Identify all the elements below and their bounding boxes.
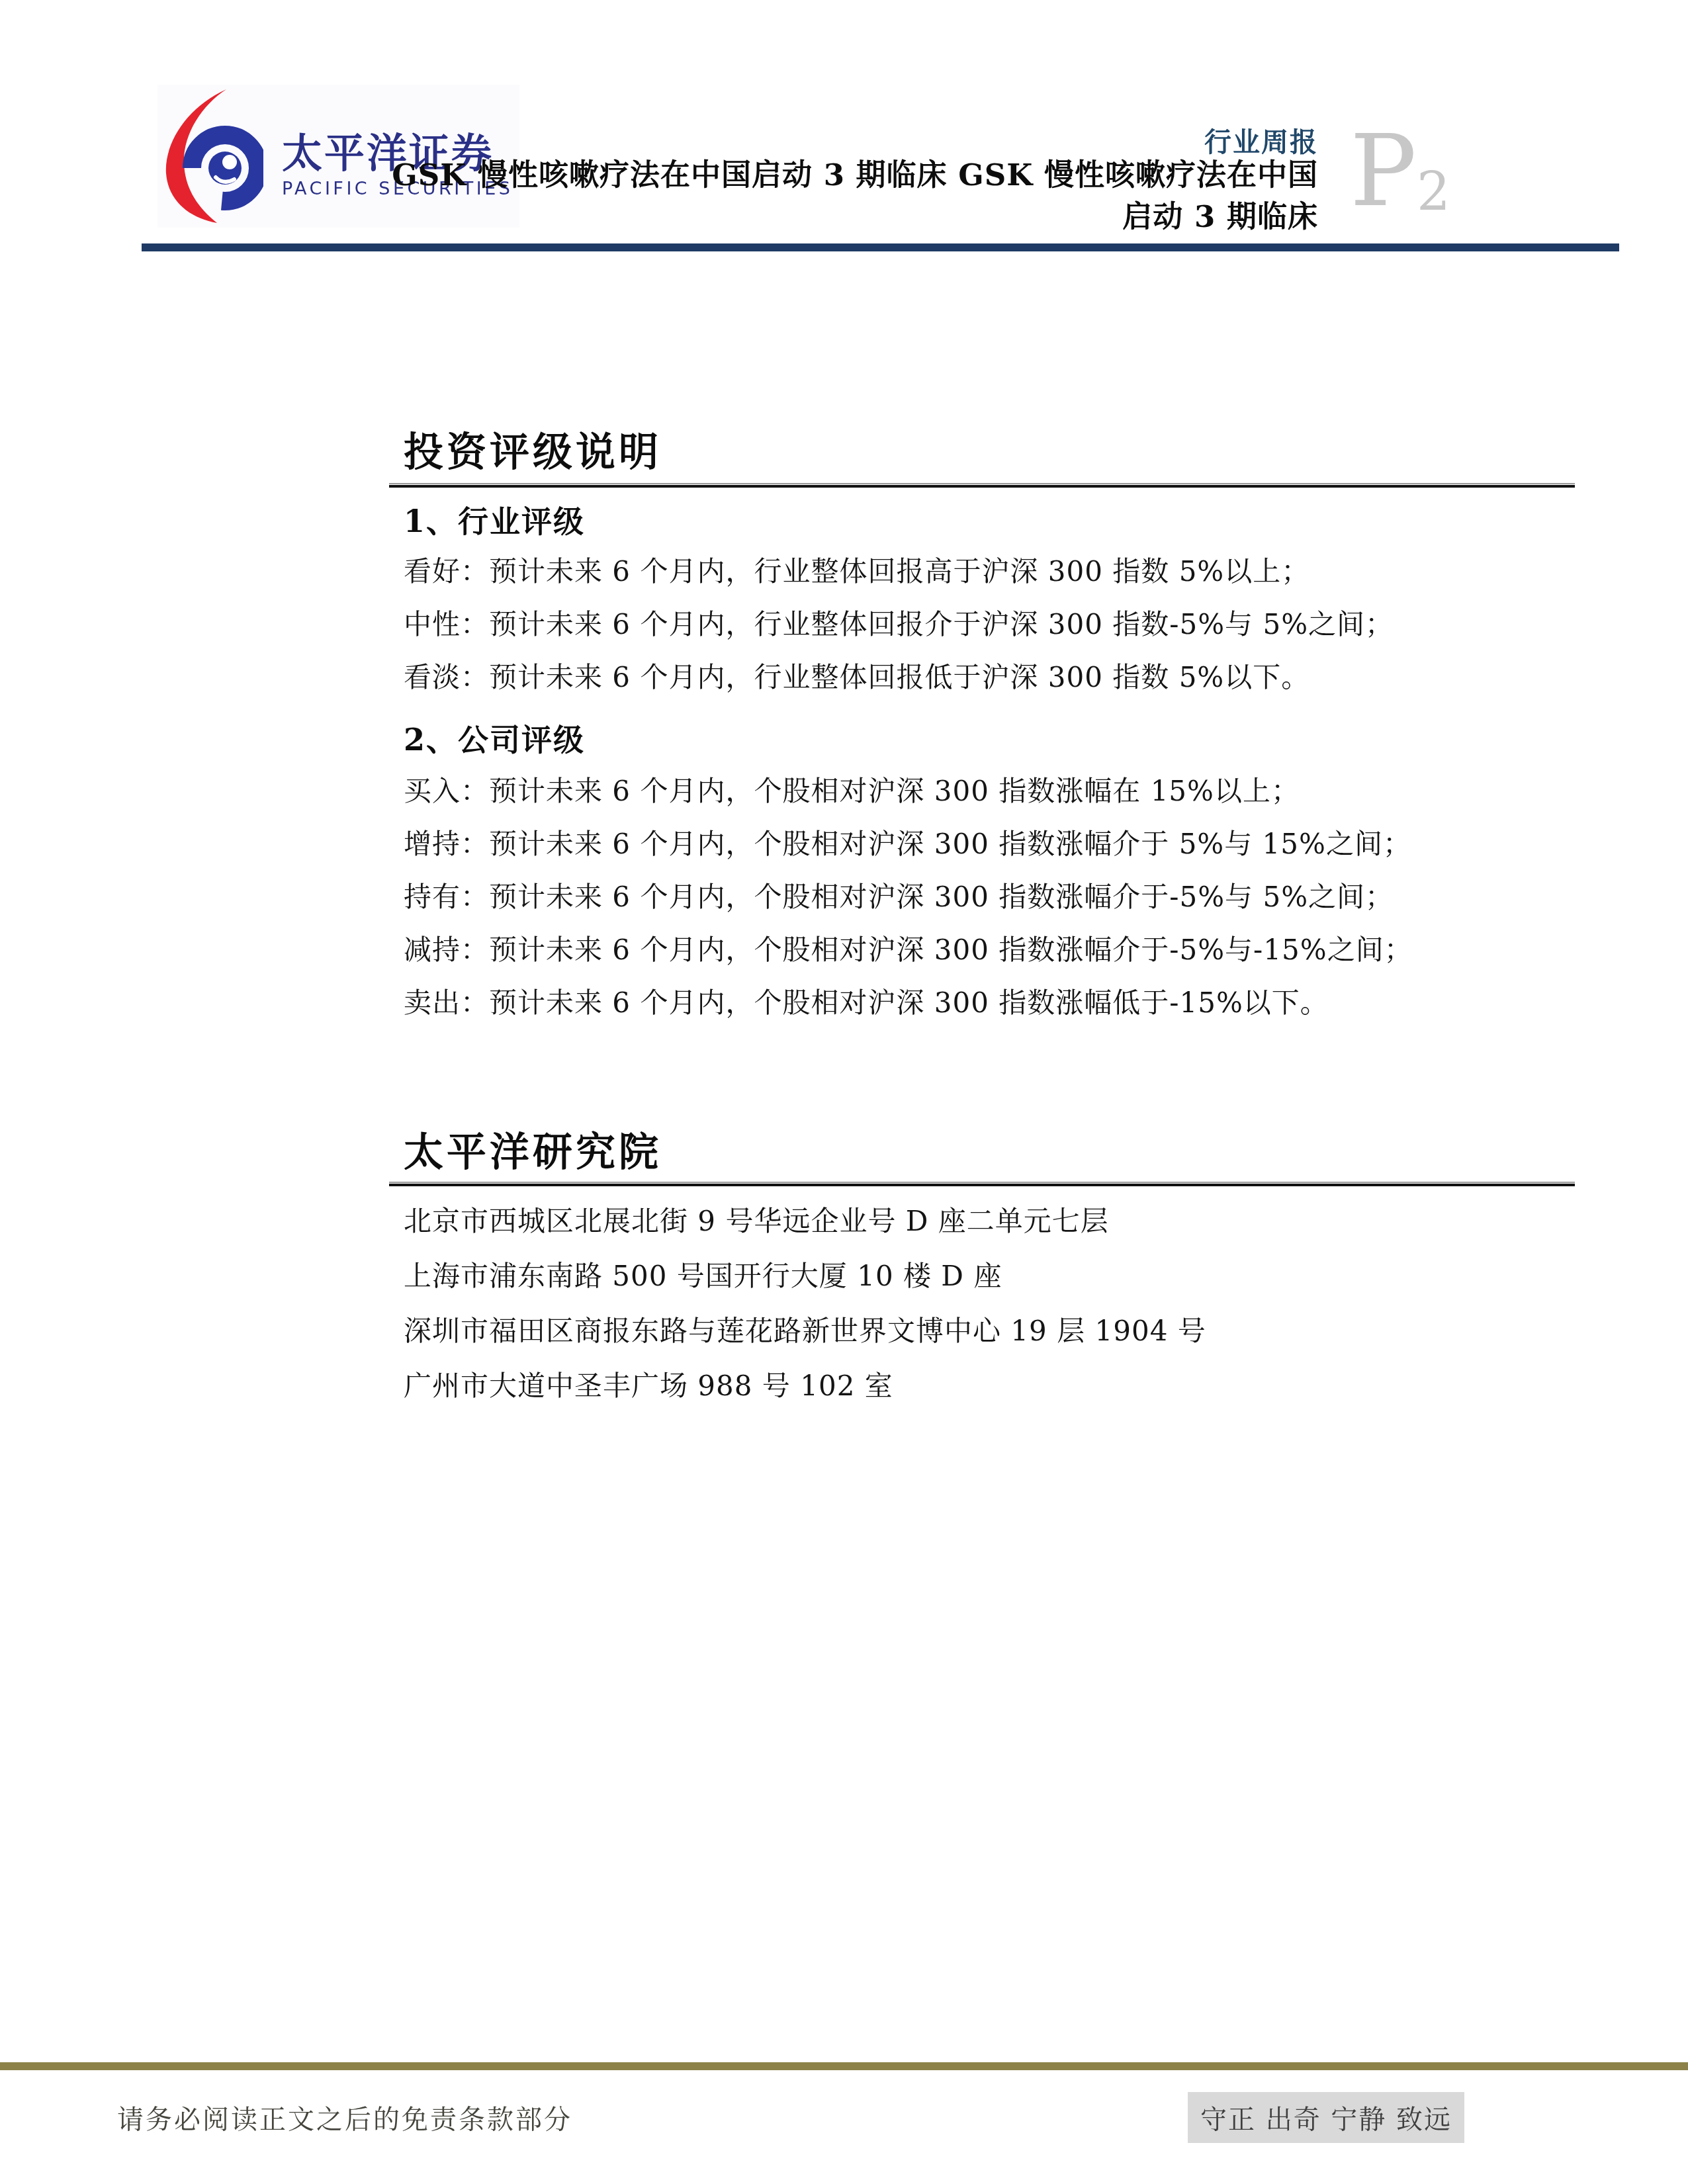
report-title: GSK 慢性咳嗽疗法在中国启动 3 期临床 GSK 慢性咳嗽疗法在中国 启动 3… xyxy=(326,154,1318,238)
industry-rating-line: 看好：预计未来 6 个月内，行业整体回报高于沪深 300 指数 5%以上； xyxy=(404,556,1394,587)
report-page: 太平洋证券 PACIFIC SECURITIES 行业周报 GSK 慢性咳嗽疗法… xyxy=(0,0,1688,2184)
report-title-line2: 启动 3 期临床 xyxy=(326,196,1318,238)
page-number-prefix: P xyxy=(1350,130,1417,213)
company-rating-heading: 2、公司评级 xyxy=(404,716,585,760)
industry-rating-lines: 看好：预计未来 6 个月内，行业整体回报高于沪深 300 指数 5%以上； 中性… xyxy=(404,556,1394,715)
industry-rating-line: 中性：预计未来 6 个月内，行业整体回报介于沪深 300 指数-5%与 5%之间… xyxy=(404,609,1394,640)
institute-section-rule xyxy=(389,1182,1575,1186)
institute-addresses: 北京市西城区北展北街 9 号华远企业号 D 座二单元七层 上海市浦东南路 500… xyxy=(404,1205,1206,1425)
institute-section-title: 太平洋研究院 xyxy=(404,1121,662,1178)
rating-section-title: 投资评级说明 xyxy=(404,421,662,478)
footer-motto: 守正 出奇 宁静 致远 xyxy=(1188,2092,1464,2143)
report-title-line1: GSK 慢性咳嗽疗法在中国启动 3 期临床 GSK 慢性咳嗽疗法在中国 xyxy=(326,154,1318,196)
company-rating-line: 增持：预计未来 6 个月内，个股相对沪深 300 指数涨幅介于 5%与 15%之… xyxy=(404,828,1413,859)
rating-section-rule xyxy=(389,483,1575,488)
company-rating-line: 减持：预计未来 6 个月内，个股相对沪深 300 指数涨幅介于-5%与-15%之… xyxy=(404,934,1413,965)
footer-disclaimer: 请务必阅读正文之后的免责条款部分 xyxy=(117,2099,572,2136)
header-divider-rule xyxy=(142,243,1619,251)
institute-address: 北京市西城区北展北街 9 号华远企业号 D 座二单元七层 xyxy=(404,1205,1206,1237)
footer-divider-rule xyxy=(0,2062,1688,2070)
industry-rating-line: 看淡：预计未来 6 个月内，行业整体回报低于沪深 300 指数 5%以下。 xyxy=(404,662,1394,693)
page-number: P2 xyxy=(1350,130,1450,213)
page-number-value: 2 xyxy=(1417,171,1450,213)
company-rating-line: 持有：预计未来 6 个月内，个股相对沪深 300 指数涨幅介于-5%与 5%之间… xyxy=(404,881,1413,912)
company-rating-lines: 买入：预计未来 6 个月内，个股相对沪深 300 指数涨幅在 15%以上； 增持… xyxy=(404,775,1413,1040)
institute-address: 深圳市福田区商报东路与莲花路新世界文博中心 19 层 1904 号 xyxy=(404,1315,1206,1346)
industry-rating-heading: 1、行业评级 xyxy=(404,498,585,541)
pacific-securities-logo-icon xyxy=(160,87,263,225)
institute-address: 广州市大道中圣丰广场 988 号 102 室 xyxy=(404,1370,1206,1401)
company-rating-line: 买入：预计未来 6 个月内，个股相对沪深 300 指数涨幅在 15%以上； xyxy=(404,775,1413,807)
company-rating-line: 卖出：预计未来 6 个月内，个股相对沪深 300 指数涨幅低于-15%以下。 xyxy=(404,987,1413,1018)
institute-address: 上海市浦东南路 500 号国开行大厦 10 楼 D 座 xyxy=(404,1260,1206,1291)
